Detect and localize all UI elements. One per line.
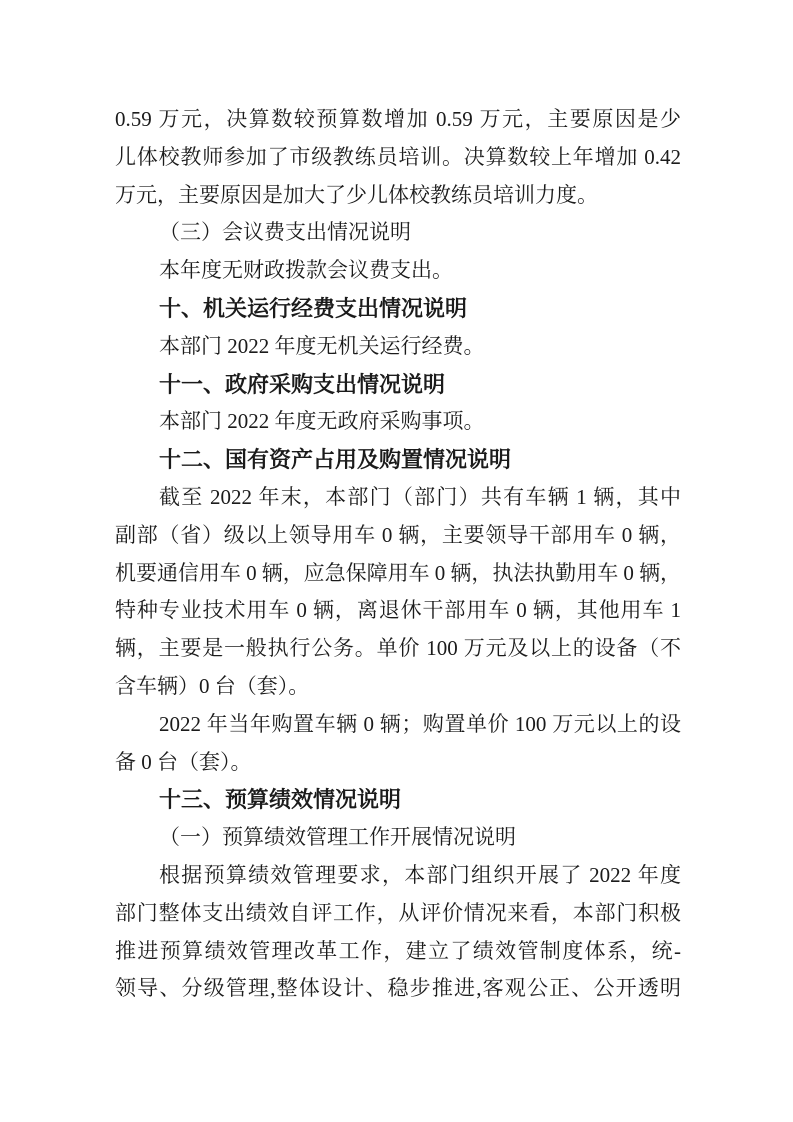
section-heading: 十三、预算绩效情况说明 — [115, 781, 681, 819]
paragraph-line: 2022 年当年购置车辆 0 辆；购置单价 100 万元以上的设 — [115, 706, 681, 744]
paragraph-line: 领导、分级管理,整体设计、稳步推进,客观公正、公开透明 — [115, 970, 681, 1008]
paragraph-line: 含车辆）0 台（套）。 — [115, 668, 681, 706]
paragraph-line: 本部门 2022 年度无政府采购事项。 — [115, 403, 681, 441]
paragraph-line: 特种专业技术用车 0 辆，离退休干部用车 0 辆，其他用车 1 — [115, 592, 681, 630]
document-content: 0.59 万元，决算数较预算数增加 0.59 万元，主要原因是少儿体校教师参加了… — [115, 101, 681, 1008]
paragraph-line: 0.59 万元，决算数较预算数增加 0.59 万元，主要原因是少 — [115, 101, 681, 139]
paragraph-line: 副部（省）级以上领导用车 0 辆，主要领导干部用车 0 辆， — [115, 517, 681, 555]
paragraph-line: 本部门 2022 年度无机关运行经费。 — [115, 328, 681, 366]
paragraph-line: 万元，主要原因是加大了少儿体校教练员培训力度。 — [115, 177, 681, 215]
paragraph-line: 部门整体支出绩效自评工作，从评价情况来看，本部门积极 — [115, 895, 681, 933]
paragraph-line: 根据预算绩效管理要求，本部门组织开展了 2022 年度 — [115, 857, 681, 895]
paragraph-line: 机要通信用车 0 辆，应急保障用车 0 辆，执法执勤用车 0 辆， — [115, 555, 681, 593]
document-page: 0.59 万元，决算数较预算数增加 0.59 万元，主要原因是少儿体校教师参加了… — [0, 0, 793, 1122]
paragraph-line: 儿体校教师参加了市级教练员培训。决算数较上年增加 0.42 — [115, 139, 681, 177]
paragraph-line: 截至 2022 年末，本部门（部门）共有车辆 1 辆，其中 — [115, 479, 681, 517]
paragraph-line: 推进预算绩效管理改革工作，建立了绩效管制度体系，统- — [115, 933, 681, 971]
subsection-heading: （三）会议费支出情况说明 — [115, 214, 681, 252]
paragraph-line: 备 0 台（套）。 — [115, 744, 681, 782]
section-heading: 十一、政府采购支出情况说明 — [115, 366, 681, 404]
paragraph-line: 本年度无财政拨款会议费支出。 — [115, 252, 681, 290]
section-heading: 十、机关运行经费支出情况说明 — [115, 290, 681, 328]
subsection-heading: （一）预算绩效管理工作开展情况说明 — [115, 819, 681, 857]
paragraph-line: 辆，主要是一般执行公务。单价 100 万元及以上的设备（不 — [115, 630, 681, 668]
section-heading: 十二、国有资产占用及购置情况说明 — [115, 441, 681, 479]
